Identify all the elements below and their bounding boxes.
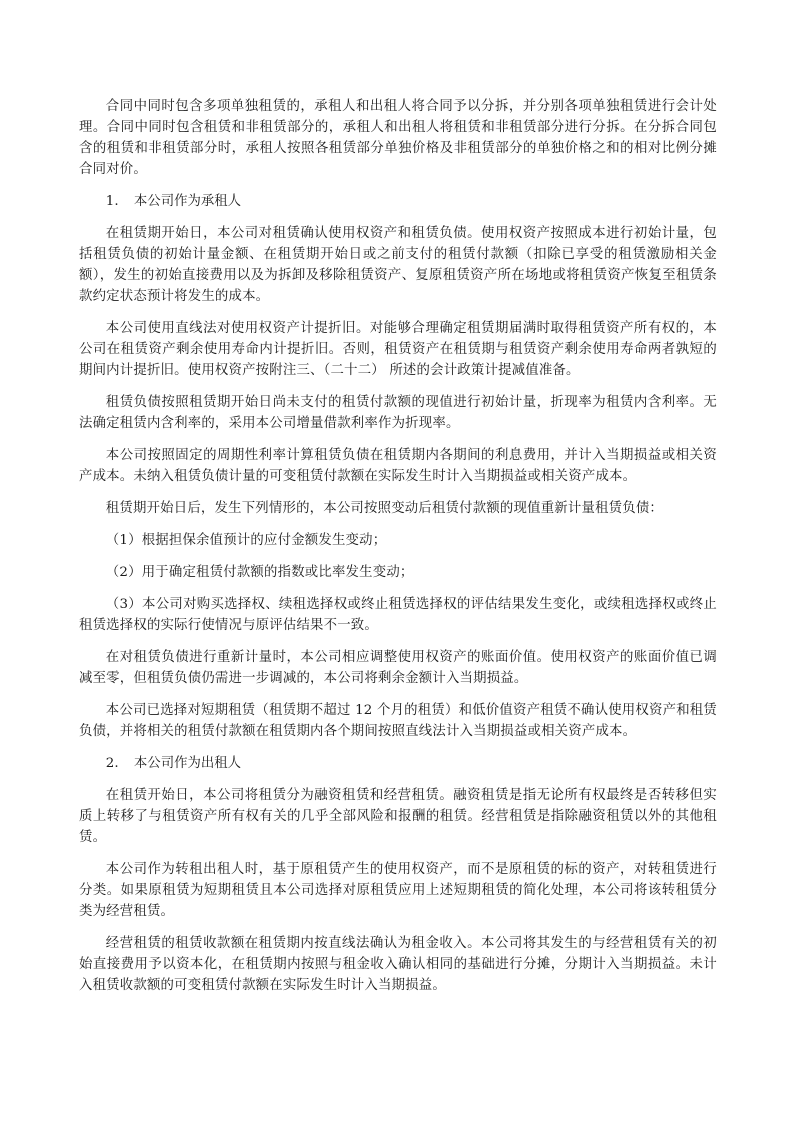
section-title: 本公司作为出租人 xyxy=(134,756,241,771)
paragraph-remeasurement-intro: 租赁期开始日后，发生下列情形的，本公司按照变动后租赁付款额的现值重新计量租赁负债… xyxy=(79,498,717,519)
section-title: 本公司作为承租人 xyxy=(134,194,241,209)
section-number: 2. xyxy=(106,753,134,774)
paragraph-lease-classification: 在租赁开始日，本公司将租赁分为融资租赁和经营租赁。融资租赁是指无论所有权最终是否… xyxy=(79,785,717,848)
paragraph-carrying-amount: 在对租赁负债进行重新计量时，本公司相应调整使用权资产的账面价值。使用权资产的账面… xyxy=(79,647,717,689)
paragraph-operating-lease-income: 经营租赁的租赁收款额在租赁期内按直线法确认为租金收入。本公司将其发生的与经营租赁… xyxy=(79,933,717,996)
paragraph-contract-separation: 合同中同时包含多项单独租赁的，承租人和出租人将合同予以分拆，并分别各项单独租赁进… xyxy=(79,96,717,180)
document-page: 合同中同时包含多项单独租赁的，承租人和出租人将合同予以分拆，并分别各项单独租赁进… xyxy=(79,96,717,1007)
section-number: 1. xyxy=(106,191,134,212)
paragraph-interest-expense: 本公司按照固定的周期性利率计算租赁负债在租赁期内各期间的利息费用，并计入当期损益… xyxy=(79,445,717,487)
list-item-2: （2）用于确定租赁付款额的指数或比率发生变动； xyxy=(79,562,717,583)
list-item-1: （1）根据担保余值预计的应付金额发生变动； xyxy=(79,530,717,551)
list-item-3: （3）本公司对购买选择权、续租选择权或终止租赁选择权的评估结果发生变化，或续租选… xyxy=(79,594,717,636)
paragraph-sublease: 本公司作为转租出租人时，基于原租赁产生的使用权资产，而不是原租赁的标的资产，对转… xyxy=(79,859,717,922)
paragraph-lease-liability: 租赁负债按照租赁期开始日尚未支付的租赁付款额的现值进行初始计量，折现率为租赁内含… xyxy=(79,392,717,434)
section-heading-lessee: 1.本公司作为承租人 xyxy=(79,191,717,212)
paragraph-short-term-lease: 本公司已选择对短期租赁（租赁期不超过 12 个月的租赁）和低价值资产租赁不确认使… xyxy=(79,700,717,742)
section-heading-lessor: 2.本公司作为出租人 xyxy=(79,753,717,774)
paragraph-initial-recognition: 在租赁期开始日，本公司对租赁确认使用权资产和租赁负债。使用权资产按照成本进行初始… xyxy=(79,223,717,307)
paragraph-depreciation: 本公司使用直线法对使用权资产计提折旧。对能够合理确定租赁期届满时取得租赁资产所有… xyxy=(79,318,717,381)
